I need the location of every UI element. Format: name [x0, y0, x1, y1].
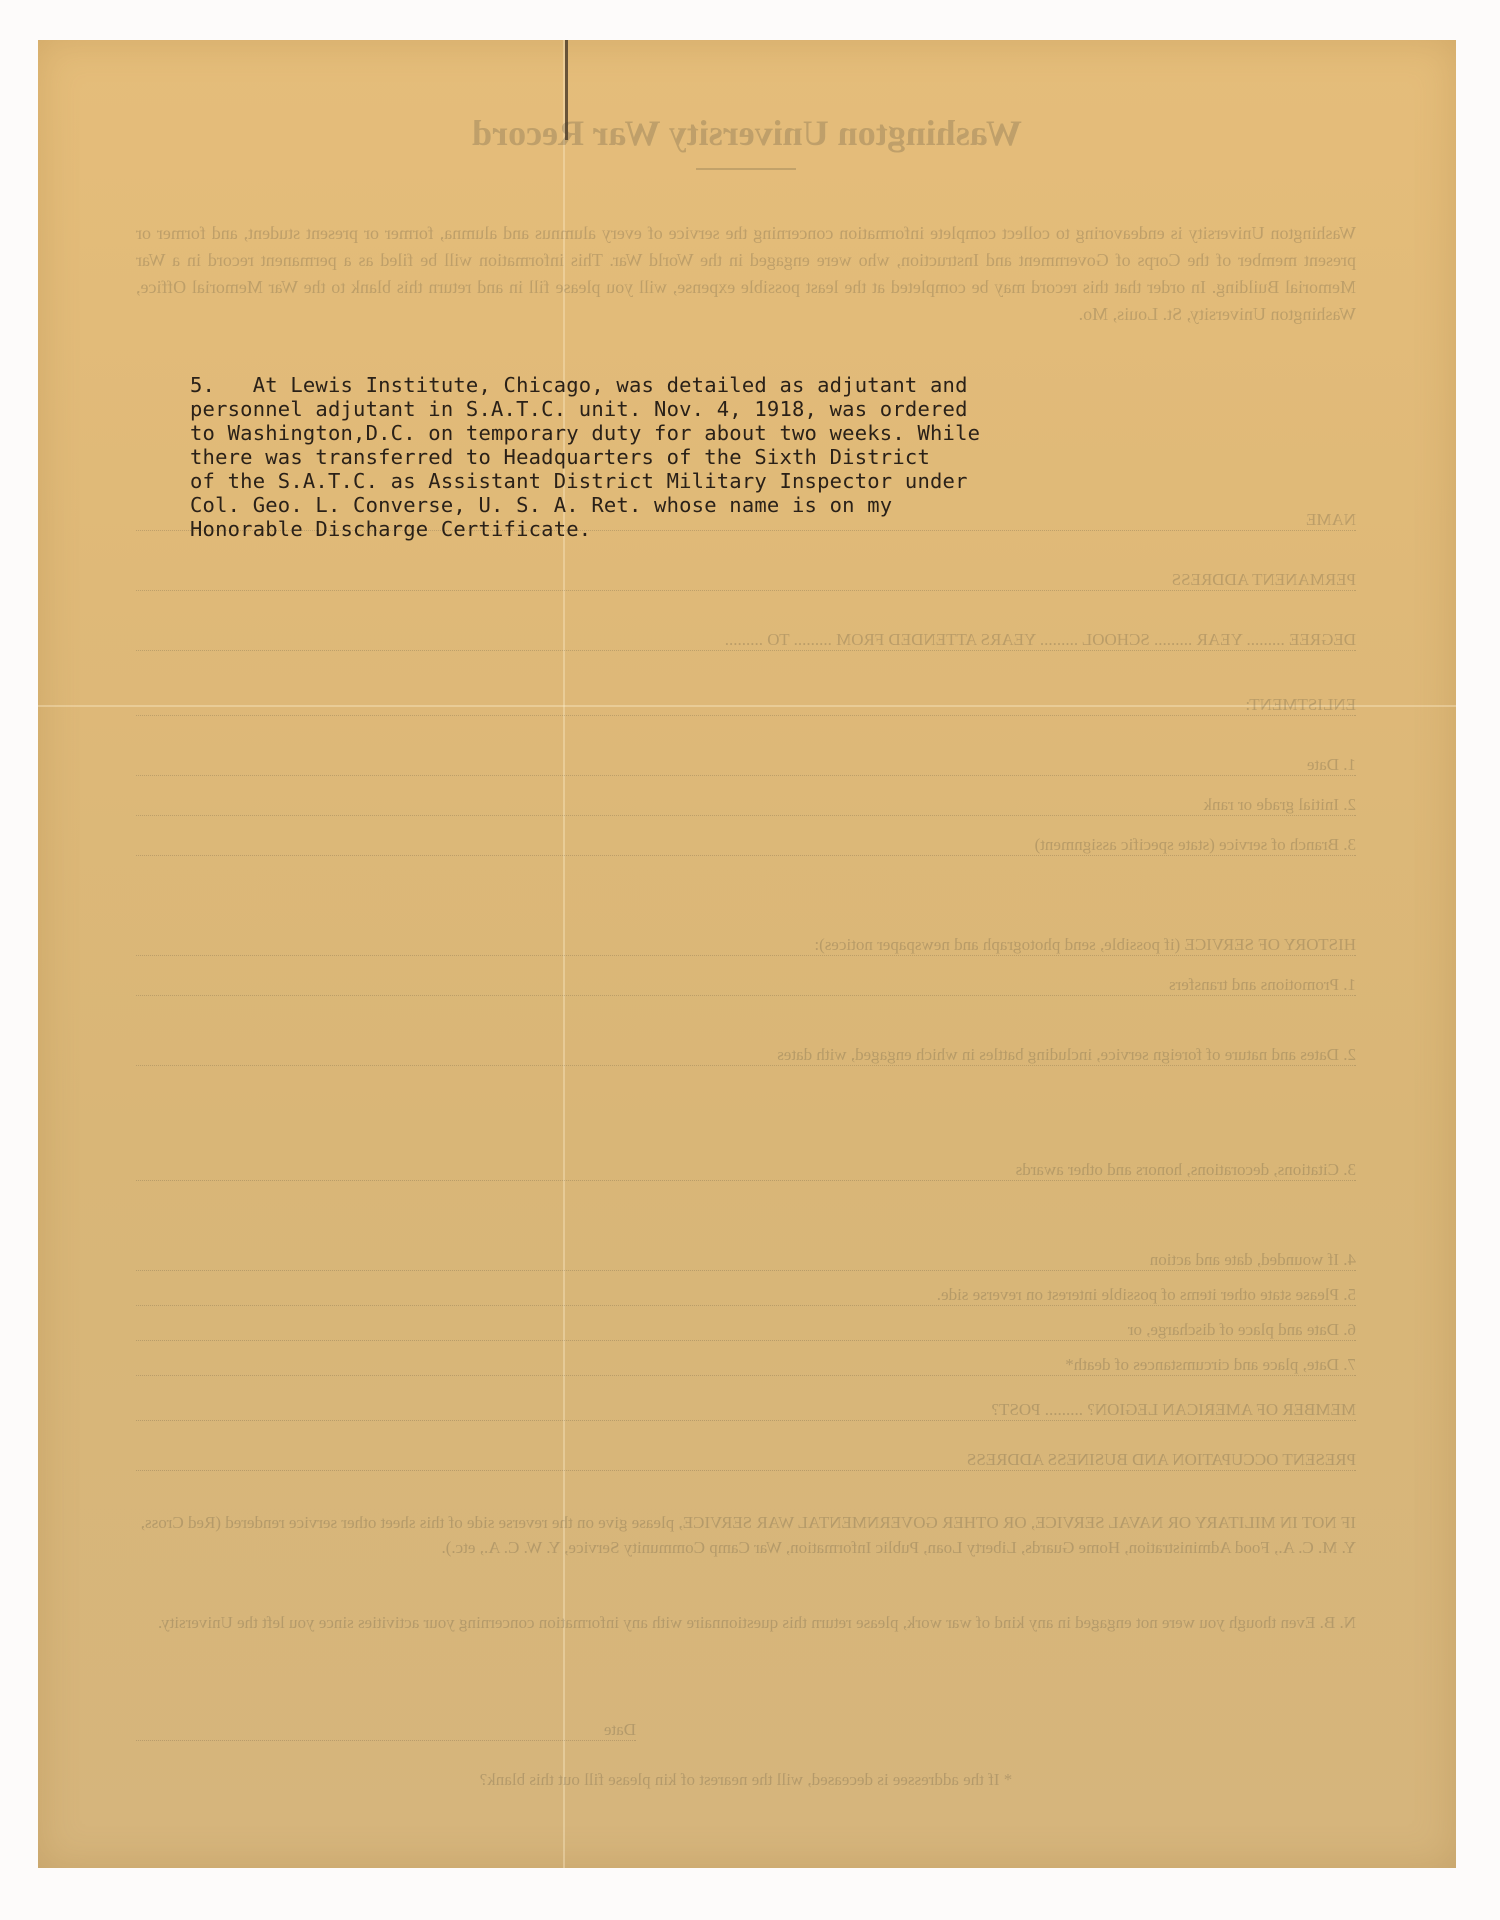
- bleed-through-form: Washington University War Record Washing…: [38, 40, 1456, 1868]
- bleed-field-discharge: 6. Date and place of discharge, or: [136, 1320, 1356, 1341]
- bleed-field-branch: 3. Branch of service (state specific ass…: [136, 835, 1356, 856]
- bleed-field-wounded: 4. If wounded, date and action: [136, 1250, 1356, 1271]
- typed-line-3: to Washington,D.C. on temporary duty for…: [190, 421, 1340, 445]
- bleed-field-legion: MEMBER OF AMERICAN LEGION? ......... POS…: [136, 1400, 1356, 1421]
- bleed-through-intro: Washington University is endeavoring to …: [136, 220, 1356, 328]
- bleed-field-degree: DEGREE ......... YEAR ......... SCHOOL .…: [136, 630, 1356, 651]
- bleed-field-other-items: 5. Please state other items of possible …: [136, 1285, 1356, 1306]
- typed-line-1: 5. At Lewis Institute, Chicago, was deta…: [190, 373, 1340, 397]
- bleed-field-promotions: 1. Promotions and transfers: [136, 975, 1356, 996]
- typed-line-5: of the S.A.T.C. as Assistant District Mi…: [190, 469, 1340, 493]
- bleed-field-death: 7. Date, place and circumstances of deat…: [136, 1355, 1356, 1376]
- typed-line-4: there was transferred to Headquarters of…: [190, 445, 1340, 469]
- bleed-field-occupation: PRESENT OCCUPATION AND BUSINESS ADDRESS: [136, 1450, 1356, 1471]
- bleed-field-nb: N. B. Even though you were not engaged i…: [136, 1610, 1356, 1635]
- typed-continuation-text: 5. At Lewis Institute, Chicago, was deta…: [190, 373, 1340, 541]
- bleed-field-foreign-service: 2. Dates and nature of foreign service, …: [136, 1045, 1356, 1066]
- document-page: Washington University War Record Washing…: [38, 40, 1456, 1868]
- bleed-field-history: HISTORY OF SERVICE (if possible, send ph…: [136, 935, 1356, 956]
- typed-line-7: Honorable Discharge Certificate.: [190, 517, 1340, 541]
- bleed-field-other-service: IF NOT IN MILITARY OR NAVAL SERVICE, OR …: [136, 1510, 1356, 1560]
- bleed-field-date: 1. Date: [136, 755, 1356, 776]
- bleed-field-sign-date: Date: [136, 1720, 636, 1741]
- title-rule: [696, 168, 796, 170]
- bleed-footnote: * If the addressee is deceased, will the…: [136, 1770, 1356, 1790]
- bleed-through-title: Washington University War Record: [38, 112, 1456, 154]
- typed-line-2: personnel adjutant in S.A.T.C. unit. Nov…: [190, 397, 1340, 421]
- bleed-field-enlistment: ENLISTMENT:: [136, 695, 1356, 716]
- bleed-field-address: PERMANENT ADDRESS: [136, 570, 1356, 591]
- bleed-field-citations: 3. Citations, decorations, honors and ot…: [136, 1160, 1356, 1181]
- bleed-field-rank: 2. Initial grade or rank: [136, 795, 1356, 816]
- typed-line-6: Col. Geo. L. Converse, U. S. A. Ret. who…: [190, 493, 1340, 517]
